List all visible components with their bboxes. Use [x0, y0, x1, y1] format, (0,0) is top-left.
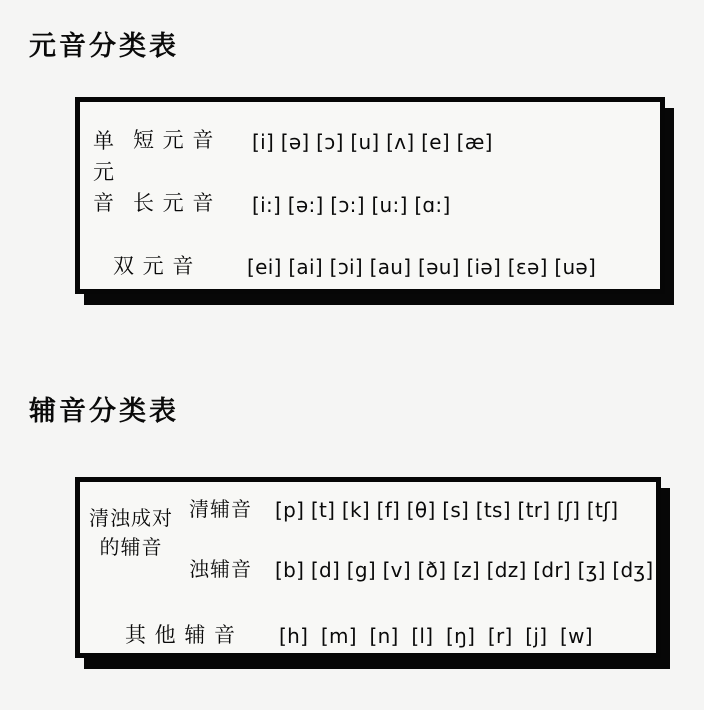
other-consonant-symbols: [h] [m] [n] [l] [ŋ] [r] [j] [w]: [279, 624, 593, 648]
side-label-char: 单: [93, 130, 114, 152]
diphthong-row-label: 双 元 音: [113, 254, 194, 278]
consonant-section-title: 辅音分类表: [29, 389, 179, 428]
voiceless-consonant-symbols: [p] [t] [k] [f] [θ] [s] [ts] [tr] [ʃ] [t…: [275, 498, 618, 522]
other-consonant-row-label: 其 他 辅 音: [125, 623, 236, 647]
side-label-char: 音: [93, 192, 114, 214]
short-vowel-symbols: [i] [ə] [ɔ] [u] [ʌ] [e] [æ]: [252, 130, 493, 154]
voiceless-consonant-row-label: 清辅音: [189, 497, 252, 521]
long-vowel-row-label: 长 元 音: [133, 191, 214, 215]
group-label-line: 的辅音: [100, 536, 163, 558]
side-label-char: 元: [93, 161, 114, 183]
short-vowel-row-label: 短 元 音: [133, 128, 214, 152]
voiced-consonant-symbols: [b] [d] [g] [v] [ð] [z] [dz] [dr] [ʒ] [d…: [275, 558, 653, 582]
long-vowel-symbols: [i:] [ə:] [ɔ:] [u:] [ɑ:]: [252, 193, 451, 217]
vowel-side-label-monophthong: 单 元 音: [93, 130, 114, 214]
vowel-classification-table: 单 元 音 短 元 音 [i] [ə] [ɔ] [u] [ʌ] [e] [æ] …: [75, 97, 665, 294]
diphthong-symbols: [ei] [ai] [ɔi] [au] [əu] [iə] [ɛə] [uə]: [247, 255, 596, 279]
voiced-consonant-row-label: 浊辅音: [189, 557, 252, 581]
paired-consonant-group-label: 清浊成对 的辅音: [89, 507, 173, 558]
group-label-line: 清浊成对: [89, 507, 173, 529]
consonant-classification-table: 清浊成对 的辅音 清辅音 [p] [t] [k] [f] [θ] [s] [ts…: [75, 477, 661, 658]
vowel-section-title: 元音分类表: [29, 24, 179, 63]
